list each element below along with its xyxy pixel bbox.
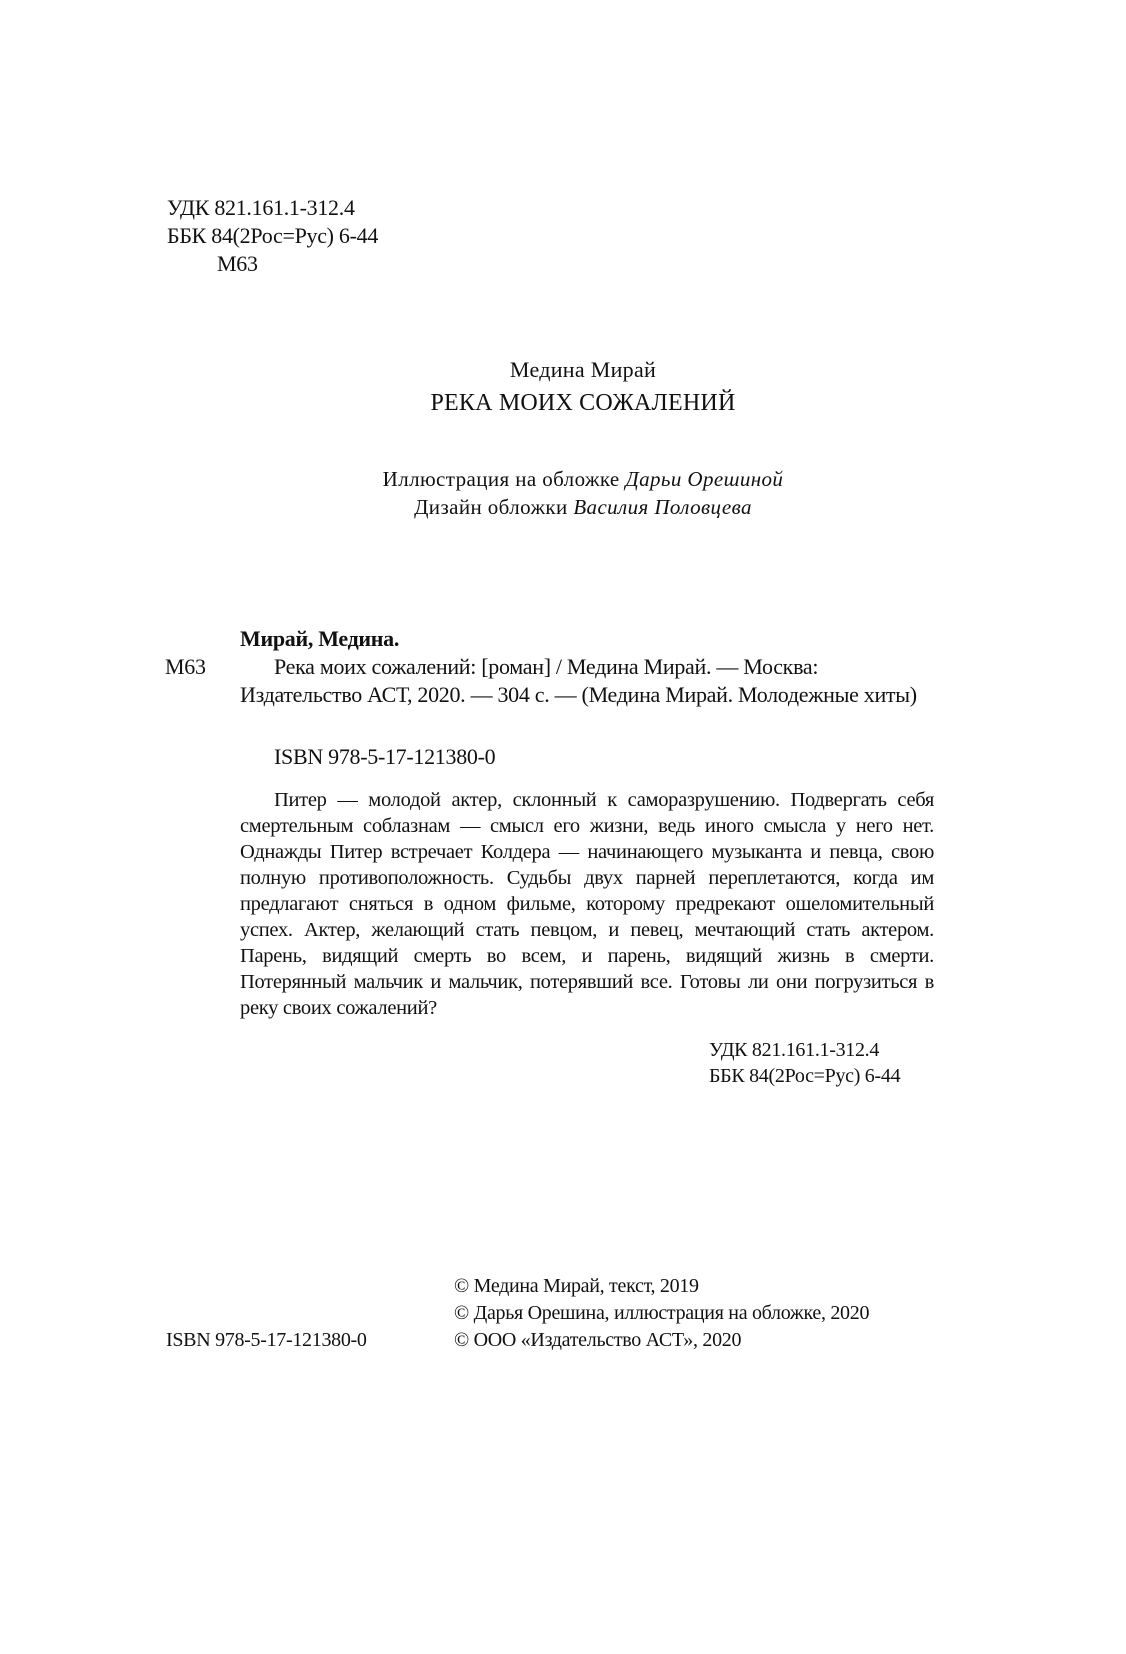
record-author-mark: М63 — [165, 653, 206, 681]
annotation-paragraph: Питер — молодой актер, склонный к самора… — [240, 787, 934, 1021]
udk-code-bottom: УДК 821.161.1-312.4 — [709, 1037, 900, 1063]
cover-credits: Иллюстрация на обложке Дарьи Орешиной Ди… — [0, 465, 1126, 521]
bbk-code: ББК 84(2Рос=Рус) 6-44 — [167, 222, 378, 250]
isbn-bottom: ISBN 978-5-17-121380-0 — [166, 1327, 367, 1354]
illustrator-name: Дарьи Орешиной — [625, 467, 783, 491]
record-heading: Мирай, Медина. — [240, 625, 934, 653]
classification-block-bottom: УДК 821.161.1-312.4 ББК 84(2Рос=Рус) 6-4… — [709, 1037, 900, 1089]
copyright-line: © ООО «Издательство АСТ», 2020 — [454, 1327, 869, 1354]
designer-name: Василия Половцева — [573, 495, 752, 519]
copyright-line: © Дарья Орешина, иллюстрация на обложке,… — [454, 1300, 869, 1327]
illustration-label: Иллюстрация на обложке — [383, 467, 620, 491]
title-block: Медина Мирай РЕКА МОИХ СОЖАЛЕНИЙ — [0, 355, 1126, 421]
copyright-block: © Медина Мирай, текст, 2019 © Дарья Ореш… — [454, 1273, 869, 1354]
illustration-credit: Иллюстрация на обложке Дарьи Орешиной — [0, 465, 1126, 493]
book-title: РЕКА МОИХ СОЖАЛЕНИЙ — [0, 385, 1126, 421]
classification-block-top: УДК 821.161.1-312.4 ББК 84(2Рос=Рус) 6-4… — [167, 194, 378, 278]
bbk-code-bottom: ББК 84(2Рос=Рус) 6-44 — [709, 1063, 900, 1089]
design-label: Дизайн обложки — [414, 495, 568, 519]
design-credit: Дизайн обложки Василия Половцева — [0, 493, 1126, 521]
copyright-line: © Медина Мирай, текст, 2019 — [454, 1273, 869, 1300]
udk-code: УДК 821.161.1-312.4 — [167, 194, 378, 222]
author-name: Медина Мирай — [0, 355, 1126, 385]
record-description: Река моих сожалений: [роман] / Медина Ми… — [240, 653, 934, 709]
isbn-record: ISBN 978-5-17-121380-0 — [274, 743, 495, 771]
author-mark: М63 — [167, 250, 378, 278]
bibliographic-record: Мирай, Медина. М63 Река моих сожалений: … — [240, 625, 934, 709]
